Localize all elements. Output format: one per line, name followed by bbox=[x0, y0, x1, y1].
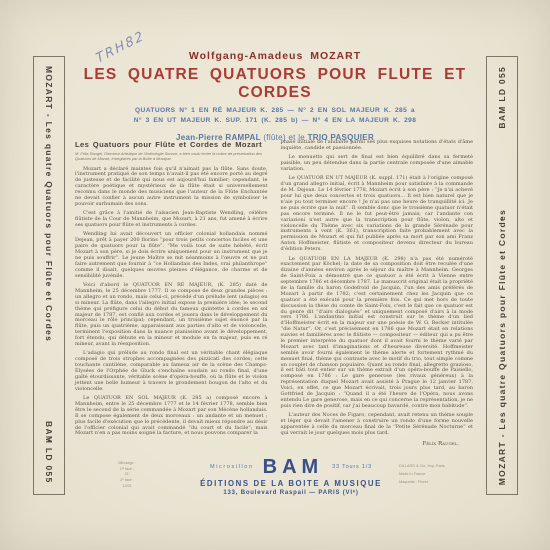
liner-notes-column-left: Les Quatuors pour Flûte et Cordes de Moz… bbox=[75, 140, 268, 447]
works-line-1: QUATUORS N° 1 EN RÉ MAJEUR K. 285 — N° 2… bbox=[66, 106, 484, 116]
text-line: Voici d'abord le QUATUOR EN RÉ MAJEUR, (… bbox=[75, 283, 268, 348]
composer-name: Wolfgang-Amadeus MOZART bbox=[66, 50, 484, 62]
spine-left-title: MOZART - Les quatre Quatuors pour Flûte … bbox=[44, 66, 54, 342]
header: Wolfgang-Amadeus MOZART LES QUATRE QUATU… bbox=[66, 50, 484, 142]
liner-notes-author-note: M. Félix Raugel, Directeur Artistique de… bbox=[75, 151, 268, 162]
album-back-cover: TRH82 MOZART - Les quatre Quatuors pour … bbox=[0, 0, 550, 550]
text-line: Le menuetto qui sert de final est bien é… bbox=[281, 155, 474, 173]
liner-notes-heading: Les Quatuors pour Flûte et Cordes de Moz… bbox=[75, 140, 268, 149]
publisher-address: 133, Boulevard Raspail — PARIS (VIᵉ) bbox=[160, 490, 422, 496]
works-line-2: N° 3 EN UT MAJEUR K. SUP. 171 (K. 285 b)… bbox=[66, 116, 484, 126]
label-row: Microsillon BAM 33 Tours 1/3 bbox=[160, 457, 422, 477]
publisher-name: ÉDITIONS DE LA BOITE A MUSIQUE bbox=[160, 479, 422, 488]
liner-notes-left-paragraphs: Mozart a déclaré maintes fois qu'il n'ai… bbox=[75, 167, 268, 438]
text-line: L'auteur des Noces de Figaro, cependant,… bbox=[281, 413, 474, 437]
text-line: Made in France bbox=[399, 471, 489, 479]
text-line: Le QUATUOR EN UT MAJEUR (K. suppl. 171) … bbox=[281, 176, 474, 253]
text-line: Mozart a déclaré maintes fois qu'il n'ai… bbox=[75, 167, 268, 208]
print-credits: DILLARD & Cie, Imp. ParisMade in FranceM… bbox=[399, 463, 489, 487]
text-line: 14'02 bbox=[98, 484, 156, 490]
record-speed: 33 Tours 1/3 bbox=[332, 464, 372, 470]
liner-notes: Les Quatuors pour Flûte et Cordes de Moz… bbox=[75, 140, 473, 447]
microsillon-label: Microsillon bbox=[210, 464, 254, 470]
spine-right-catalog-number: BAM LD 055 bbox=[497, 66, 507, 129]
text-line: Wendling lui avait découvert un officier… bbox=[75, 232, 268, 279]
liner-notes-column-right: phase initiale de l'andante parmi ses pl… bbox=[281, 140, 474, 447]
works-list: QUATUORS N° 1 EN RÉ MAJEUR K. 285 — N° 2… bbox=[66, 106, 484, 126]
text-line: L'adagio qui prélude au rondo final est … bbox=[75, 351, 268, 392]
text-line: Le QUATUOR EN LA MAJEUR (K. 298) n'a pas… bbox=[281, 257, 474, 410]
spine-right: BAM LD 055 • MOZART - Les quatre Quatuor… bbox=[486, 56, 518, 495]
timing-block: Minutage :1ʳᵉ face :21'2ᵉ face :14'02 bbox=[98, 461, 156, 490]
spine-left-catalog-number: BAM LD 055 bbox=[44, 421, 54, 484]
publisher-imprint: Microsillon BAM 33 Tours 1/3 ÉDITIONS DE… bbox=[160, 457, 422, 496]
record-label-logo: BAM bbox=[263, 457, 324, 477]
album-title: LES QUATRE QUATUORS POUR FLUTE ET CORDES bbox=[66, 66, 484, 102]
text-line: DILLARD & Cie, Imp. Paris bbox=[399, 463, 489, 471]
liner-notes-right-paragraphs: phase initiale de l'andante parmi ses pl… bbox=[281, 140, 474, 437]
text-line: Maquette : Piorer bbox=[399, 479, 489, 487]
spine-left: MOZART - Les quatre Quatuors pour Flûte … bbox=[33, 56, 65, 495]
text-line: phase initiale de l'andante parmi ses pl… bbox=[281, 140, 474, 152]
author-signature: Félix Raugel. bbox=[281, 441, 474, 447]
text-line: Le QUATUOR EN SOL MAJEUR (K. 285 a) comp… bbox=[75, 396, 268, 437]
text-line: C'est grâce à l'amitié de l'alsacien Jea… bbox=[75, 211, 268, 229]
spine-right-title: MOZART - Les quatre Quatuors pour Flûte … bbox=[497, 209, 507, 485]
